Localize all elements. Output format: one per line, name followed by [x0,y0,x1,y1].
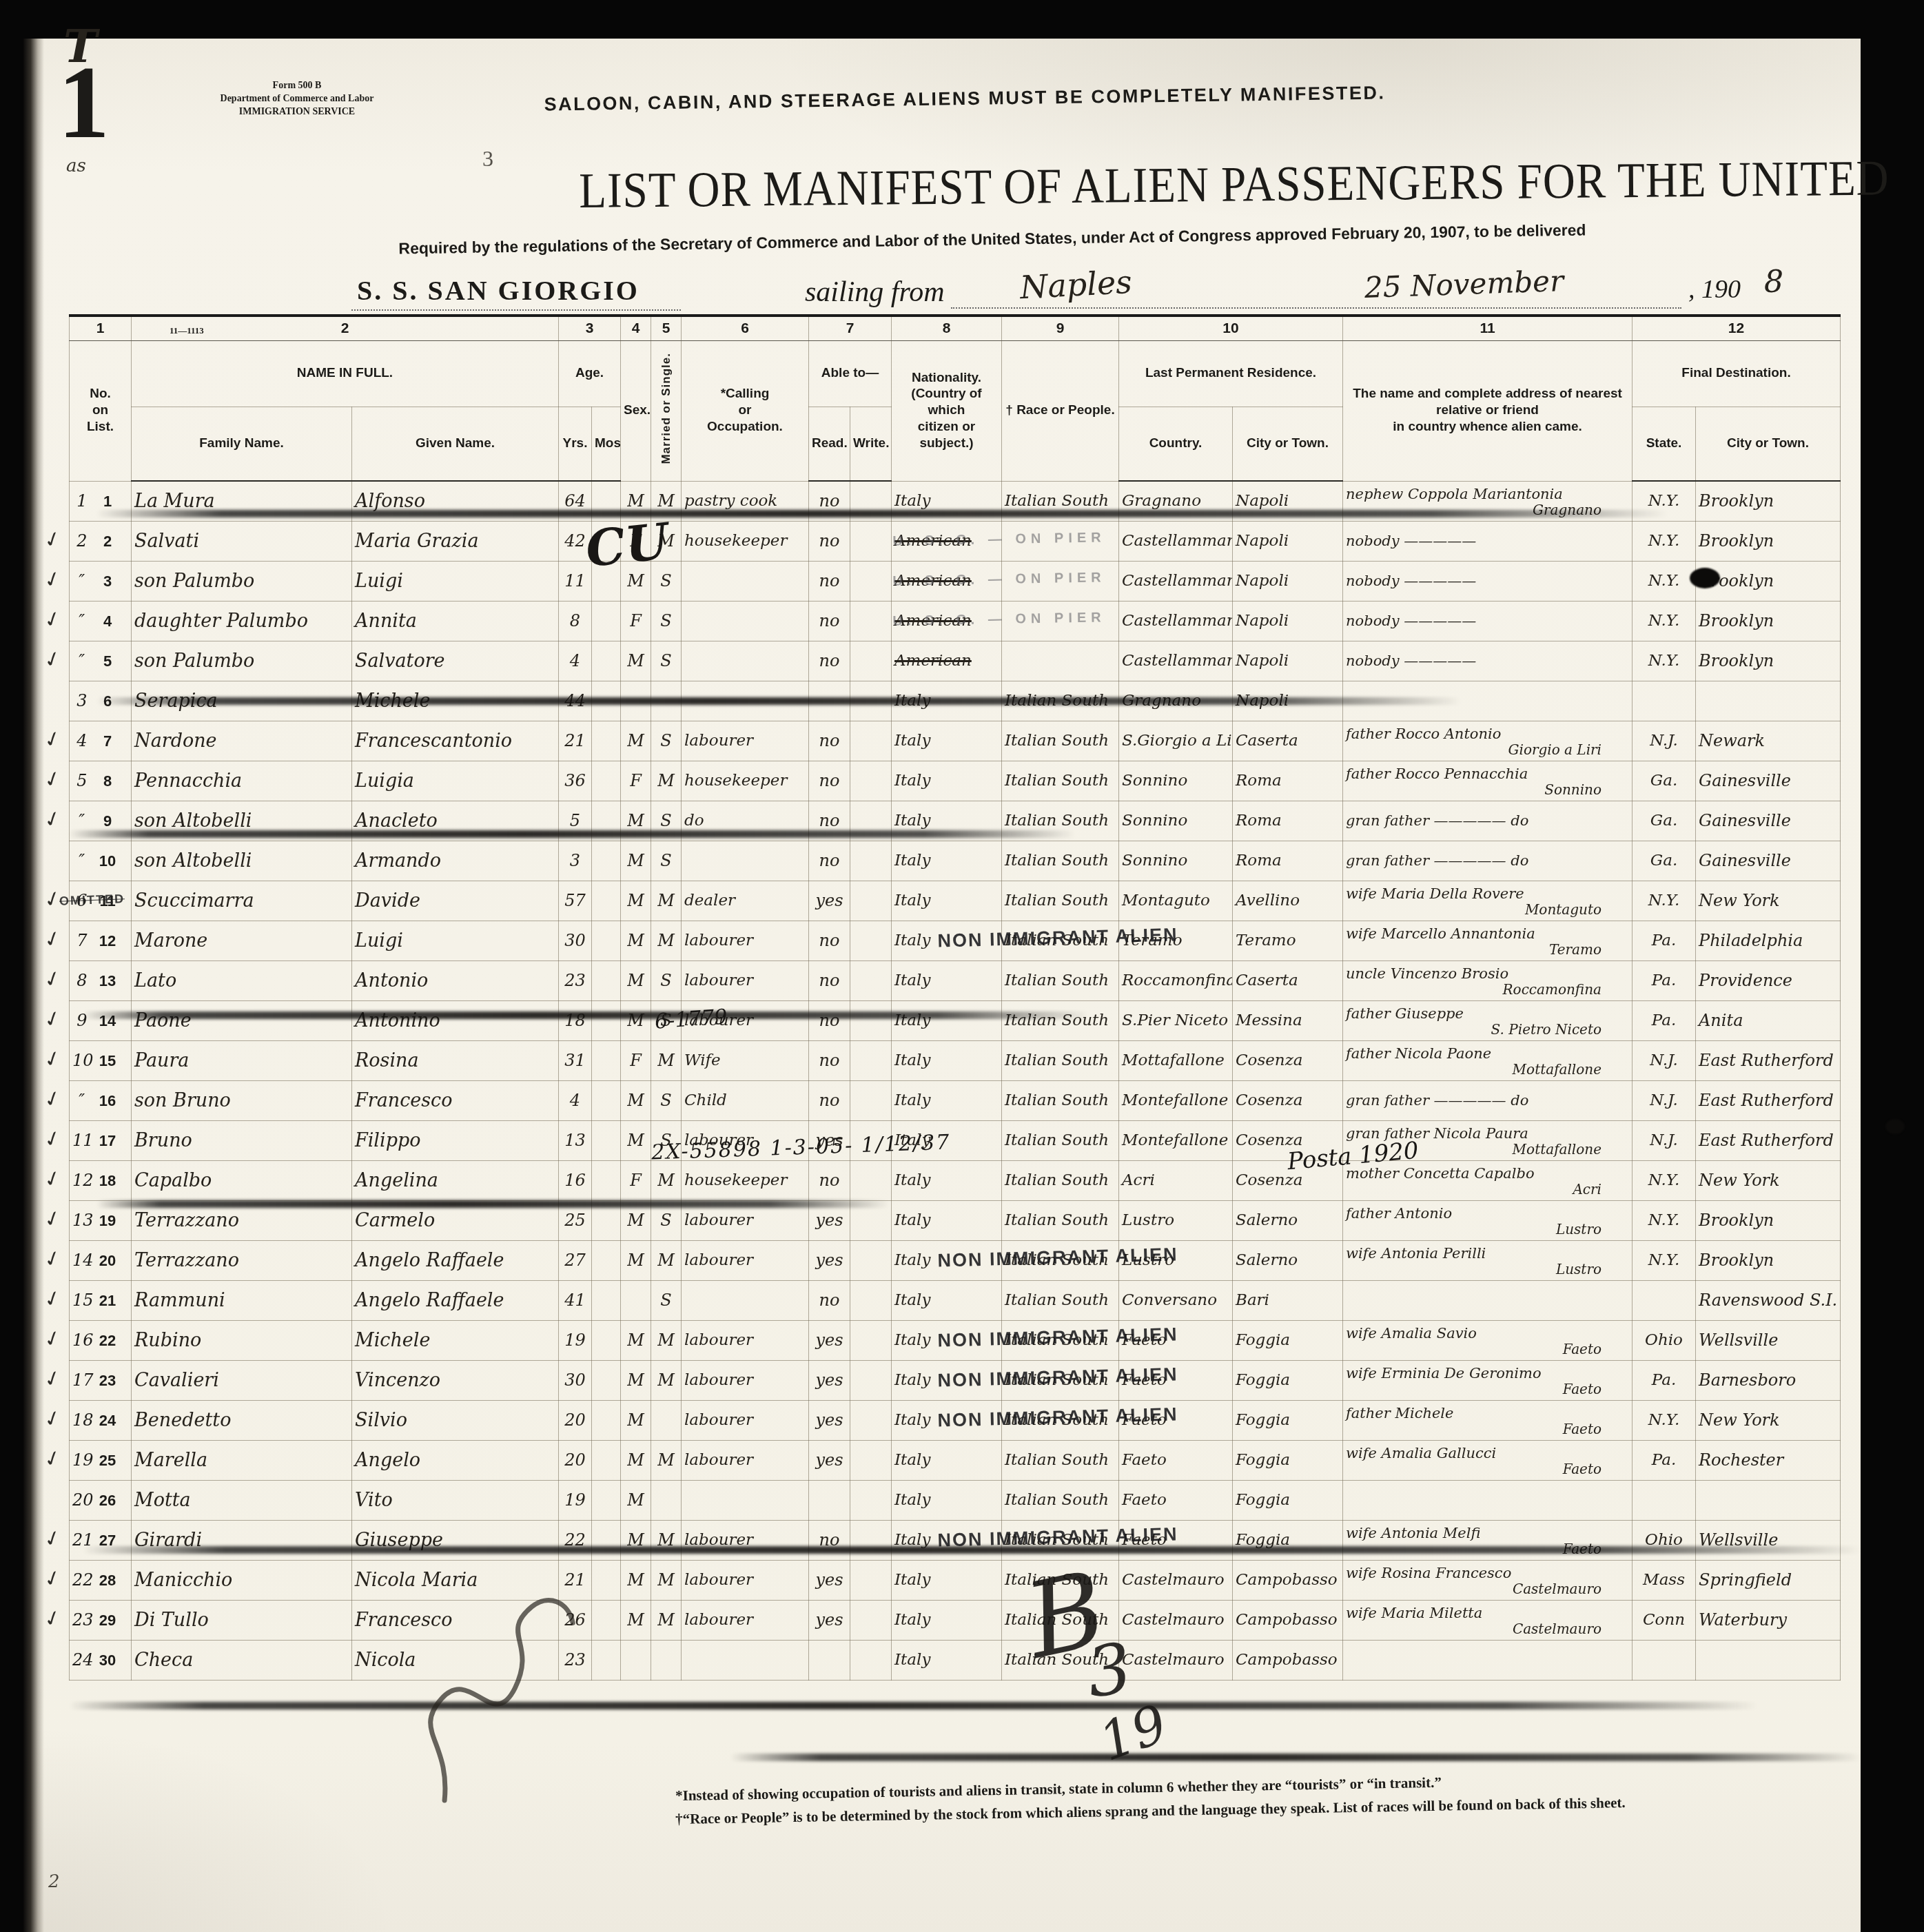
cell-sex: M [621,1000,651,1040]
cell-age-mos [592,761,621,801]
ink-smear [730,1754,1861,1761]
cell-destination-city: East Rutherford [1696,1040,1841,1080]
cell-destination-city: Gainesville [1696,801,1841,841]
cell-relative: nobody ————— [1343,521,1633,561]
cell-nationality: Italy [892,1640,1002,1680]
cell-residence-country: Roccamonfina [1119,960,1233,1000]
group-number: 2 [72,531,92,551]
cell-age-yrs: 19 [559,1480,592,1520]
cell-no-on-list: 1925 [70,1440,132,1480]
cell-residence-city: Foggia [1233,1440,1343,1480]
cell-nationality: Italy [892,1480,1002,1520]
cell-write [850,921,892,960]
cell-age-mos [592,1080,621,1120]
cell-destination-city: Brooklyn [1696,1200,1841,1240]
cell-given-name: Francescantonio [352,721,559,761]
year-printed: , 190 [1688,274,1741,305]
header-last-residence: Last Permanent Residence. [1119,340,1343,407]
year-written: 8 [1764,265,1783,300]
cell-residence-city: Messina [1233,1000,1343,1040]
ink-blot [1690,568,1720,588]
group-number: 16 [72,1330,92,1350]
cell-residence-country: Lustro [1119,1200,1233,1240]
cell-calling [682,561,809,601]
cell-destination-state: Pa. [1633,960,1696,1000]
cell-destination-state [1633,1640,1696,1680]
cell-write [850,1360,892,1400]
cell-sex: M [621,1360,651,1400]
cell-residence-city: Foggia [1233,1480,1343,1520]
list-number: 29 [92,1612,124,1630]
table-row: 1925MarellaAngelo20MMlaboureryesItalyIta… [70,1440,1841,1480]
relative-name: father Nicola Paone [1346,1045,1629,1062]
cell-race: Italian South [1002,1440,1119,1480]
table-row: 1218CapalboAngelina16FMhousekeepernoItal… [70,1160,1841,1200]
cell-no-on-list: 58 [70,761,132,801]
cell-married-or-single: M [651,1160,682,1200]
cell-destination-city: New York [1696,881,1841,921]
cell-calling: housekeeper [682,1160,809,1200]
cell-destination-city: New York [1696,1400,1841,1440]
cell-age-yrs: 3 [559,841,592,881]
form-service: IMMIGRATION SERVICE [204,106,390,119]
cell-residence-city: Cosenza [1233,1040,1343,1080]
cell-nationality: Italy [892,1200,1002,1240]
cell-destination-city: Gainesville [1696,841,1841,881]
cell-relative: father GiuseppeS. Pietro Niceto [1343,1000,1633,1040]
cell-residence-country: Sonnino [1119,801,1233,841]
ink-smear [69,830,1075,838]
list-number: 10 [92,852,124,870]
cell-read: no [809,960,850,1000]
cell-married-or-single: M [651,1040,682,1080]
cell-sex: M [621,1120,651,1160]
cell-no-on-list: ″3 [70,561,132,601]
cell-write [850,1040,892,1080]
cell-calling [682,1640,809,1680]
cell-given-name: Davide [352,881,559,921]
cell-destination-city: Waterbury [1696,1600,1841,1640]
cell-relative: uncle Vincenzo BrosioRoccamonfina [1343,960,1633,1000]
cell-family-name: Rubino [132,1320,352,1360]
header-destination-state: State. [1633,407,1696,481]
cell-married-or-single: S [651,601,682,641]
cell-destination-state [1633,681,1696,721]
cell-calling: labourer [682,1600,809,1640]
cell-no-on-list: 712 [70,921,132,960]
group-number: 10 [72,1051,92,1070]
cell-calling: Child [682,1080,809,1120]
cell-age-yrs: 22 [559,1520,592,1560]
cell-read: yes [809,1320,850,1360]
cell-given-name: Antonino [352,1000,559,1040]
cell-family-name: daughter Palumbo [132,601,352,641]
cell-write [850,1000,892,1040]
cell-given-name: Annita [352,601,559,641]
cell-calling: housekeeper [682,521,809,561]
cell-family-name: Pennacchia [132,761,352,801]
cell-destination-state: N.J. [1633,1080,1696,1120]
cell-given-name: Rosina [352,1040,559,1080]
relative-name: father Michele [1346,1404,1629,1422]
col-num-4: 4 [621,316,651,340]
port-of-sailing: Naples [1019,263,1133,306]
header-no-on-list: No. on List. [70,340,132,481]
header-calling: *Calling or Occupation. [682,340,809,481]
relative-name: father Rocco Pennacchia [1346,765,1629,783]
cell-given-name: Michele [352,1320,559,1360]
group-number: ″ [72,651,92,670]
list-number: 7 [92,732,124,750]
cell-age-yrs: 19 [559,1320,592,1360]
cell-sex: M [621,1480,651,1520]
cell-given-name: Armando [352,841,559,881]
table-row: ″5son PalumboSalvatore4MSnoAmericanCaste… [70,641,1841,681]
cell-race: Italian South [1002,1480,1119,1520]
group-number: 19 [72,1450,92,1470]
cell-destination-city: Anita [1696,1000,1841,1040]
cell-read: no [809,761,850,801]
cell-read: no [809,1040,850,1080]
relative-name: nobody ————— [1346,572,1629,590]
cell-age-yrs: 31 [559,1040,592,1080]
cell-read: yes [809,1560,850,1600]
cell-residence-country: Castelmauro [1119,1640,1233,1680]
page-title: LIST OR MANIFEST OF ALIEN PASSENGERS FOR… [579,151,1779,220]
cell-destination-city: Brooklyn [1696,521,1841,561]
cell-no-on-list: 1117 [70,1120,132,1160]
cell-write [850,1600,892,1640]
table-row: 58PennacchiaLuigia36FMhousekeepernoItaly… [70,761,1841,801]
cell-relative: gran father ————— do [1343,841,1633,881]
cell-destination-state: Ga. [1633,761,1696,801]
cell-nationality: Italy [892,881,1002,921]
cell-destination-state: Conn [1633,1600,1696,1640]
group-number: 1 [72,491,92,511]
table-row: 1117BrunoFilippo13MSlaboureryesItalyItal… [70,1120,1841,1160]
cell-write [850,881,892,921]
relative-place: S. Pietro Niceto [1346,1022,1629,1036]
cell-no-on-list: 813 [70,960,132,1000]
relative-name: nobody ————— [1346,612,1629,630]
cell-read [809,1480,850,1520]
cell-age-mos [592,1120,621,1160]
cell-age-mos [592,601,621,641]
col-num-12: 12 [1633,316,1841,340]
cell-relative: nobody ————— [1343,561,1633,601]
list-number: 9 [92,812,124,830]
cell-nationality: Italy [892,960,1002,1000]
list-number: 2 [92,533,124,551]
group-number: 24 [72,1650,92,1669]
table-row: 2228ManicchioNicola Maria21MMlaboureryes… [70,1560,1841,1600]
cell-destination-state: Ohio [1633,1520,1696,1560]
cell-calling [682,1280,809,1320]
cell-age-yrs: 20 [559,1440,592,1480]
cell-age-mos [592,1560,621,1600]
cell-destination-city [1696,1640,1841,1680]
cell-residence-city: Roma [1233,841,1343,881]
cell-relative: father Rocco AntonioGiorgio a Liri [1343,721,1633,761]
cell-race: Italian South [1002,881,1119,921]
cell-residence-city: Salerno [1233,1240,1343,1280]
cell-married-or-single: S [651,1280,682,1320]
header-nationality: Nationality. (Country of which citizen o… [892,340,1002,481]
cell-residence-city: Avellino [1233,881,1343,921]
list-number: 13 [92,972,124,990]
relative-name: gran father ————— do [1346,812,1629,830]
cell-sex: M [621,1440,651,1480]
inspection-code: 6-1779 [654,1005,728,1034]
cell-residence-city: Foggia [1233,1360,1343,1400]
cell-residence-country: Montefallone [1119,1120,1233,1160]
cell-age-mos [592,1040,621,1080]
cell-relative: nobody ————— [1343,641,1633,681]
cell-married-or-single: M [651,921,682,960]
header-destination-city: City or Town. [1696,407,1841,481]
cell-calling: labourer [682,921,809,960]
relative-place: Faeto [1346,1342,1629,1356]
cell-read: no [809,841,850,881]
header-sex: Sex. [621,340,651,481]
cell-nationality: Italy [892,1000,1002,1040]
cell-age-mos [592,1400,621,1440]
cell-sex: F [621,1040,651,1080]
group-number: 5 [72,771,92,790]
sheet-number-stamp: 1 [58,51,110,154]
cell-sex: F [621,761,651,801]
cell-race: Italian South [1002,1280,1119,1320]
cell-relative: wife Amalia GallucciFaeto [1343,1440,1633,1480]
cell-residence-city: Roma [1233,801,1343,841]
cell-calling: labourer [682,1320,809,1360]
header-yrs: Yrs. [559,407,592,481]
cell-write [850,721,892,761]
ink-smear [69,1702,1757,1709]
corner-page-number: 2 [48,1871,60,1892]
table-row: ″10son AltobelliArmando3MSnoItalyItalian… [70,841,1841,881]
header-given-name: Given Name. [352,407,559,481]
cell-married-or-single: M [651,881,682,921]
cell-relative: gran father ————— do [1343,801,1633,841]
relative-name: father Antonio [1346,1204,1629,1222]
cell-residence-country: S.Giorgio a Liri [1119,721,1233,761]
relative-name: wife Amalia Savio [1346,1324,1629,1342]
cell-married-or-single: S [651,641,682,681]
cell-residence-city: Napoli [1233,521,1343,561]
cell-residence-city: Napoli [1233,601,1343,641]
cell-destination-city: Providence [1696,960,1841,1000]
cell-destination-city [1696,681,1841,721]
cell-destination-state: N.Y. [1633,521,1696,561]
cell-sex: M [621,1080,651,1120]
header-group-row: No. on List. NAME IN FULL. Age. Sex. Mar… [70,340,1841,407]
group-number: 15 [72,1291,92,1310]
cell-given-name: Angelo Raffaele [352,1280,559,1320]
cell-destination-city: Brooklyn [1696,481,1841,521]
cell-calling: dealer [682,881,809,921]
cell-read [809,1640,850,1680]
cell-family-name: Paura [132,1040,352,1080]
cell-given-name: Giuseppe [352,1520,559,1560]
cell-no-on-list: 1824 [70,1400,132,1440]
scanned-manifest-page: T 1 as Form 500 B Department of Commerce… [0,0,1924,1932]
cell-family-name: son Altobelli [132,841,352,881]
cell-residence-city: Foggia [1233,1400,1343,1440]
cell-read: no [809,1080,850,1120]
list-number: 30 [92,1652,124,1669]
ship-name: S. S. SAN GIORGIO [351,274,681,311]
cell-age-yrs: 21 [559,721,592,761]
cell-destination-state: Pa. [1633,1000,1696,1040]
group-number: ″ [72,811,92,830]
relative-name: wife Amalia Gallucci [1346,1444,1629,1462]
cell-given-name: Francesco [352,1080,559,1120]
list-number: 18 [92,1172,124,1190]
table-row: ″16son BrunoFrancesco4MSChildnoItalyItal… [70,1080,1841,1120]
cell-race: Italian South [1002,721,1119,761]
relative-place: Giorgio a Liri [1346,743,1629,757]
stray-page-number: 3 [482,146,493,172]
group-number: 8 [72,971,92,990]
group-number: 23 [72,1610,92,1630]
cell-age-mos [592,1280,621,1320]
cell-no-on-list: 2329 [70,1600,132,1640]
cell-no-on-list: 2430 [70,1640,132,1680]
list-number: 26 [92,1492,124,1510]
cell-write [850,1400,892,1440]
cell-married-or-single: M [651,1360,682,1400]
list-number: 16 [92,1092,124,1110]
cell-race: Italian South [1002,1160,1119,1200]
relative-name: wife Marcello Annantonia [1346,925,1629,943]
cell-read: no [809,1280,850,1320]
header-name-in-full: NAME IN FULL. [132,340,559,407]
cell-married-or-single: M [651,1240,682,1280]
col-num-1: 1 [70,316,132,340]
list-number: 21 [92,1292,124,1310]
cell-family-name: Capalbo [132,1160,352,1200]
cell-write [850,1480,892,1520]
relative-name: gran father ————— do [1346,852,1629,870]
cell-given-name: Angelina [352,1160,559,1200]
cell-destination-city: Gainesville [1696,761,1841,801]
cell-family-name: Girardi [132,1520,352,1560]
cell-residence-city: Caserta [1233,960,1343,1000]
cell-destination-state: N.J. [1633,721,1696,761]
cell-no-on-list: 2026 [70,1480,132,1520]
cell-given-name: Luigia [352,761,559,801]
cu-scribble: CU [583,511,671,578]
list-number: 23 [92,1372,124,1390]
group-number: 14 [72,1251,92,1270]
col-num-11: 11 [1343,316,1633,340]
cell-residence-country: Montaguto [1119,881,1233,921]
group-number: 4 [72,731,92,750]
cell-race: Italian South [1002,1000,1119,1040]
cell-sex: M [621,641,651,681]
ink-smear [96,697,1461,705]
cell-calling: labourer [682,1520,809,1560]
relative-name: nobody ————— [1346,532,1629,550]
manifest-table: 1 2 3 4 5 6 7 8 9 10 11 12 No. on List. … [69,314,1841,1681]
cell-age-mos [592,960,621,1000]
cell-age-yrs: 4 [559,641,592,681]
cell-age-yrs: 18 [559,1000,592,1040]
cell-residence-city: Campobasso [1233,1600,1343,1640]
header-race: † Race or People. [1002,340,1119,481]
table-row: 2430ChecaNicola23ItalyItalian SouthCaste… [70,1640,1841,1680]
col-num-10: 10 [1119,316,1343,340]
cell-write [850,1560,892,1600]
relative-place: Lustro [1346,1222,1629,1236]
cell-race: Italian South [1002,1040,1119,1080]
cell-married-or-single: S [651,841,682,881]
relative-place: Faeto [1346,1382,1629,1396]
cell-sex: M [621,721,651,761]
cell-destination-city: Philadelphia [1696,921,1841,960]
cell-given-name: Filippo [352,1120,559,1160]
header-married-or-single: Married or Single. [651,340,682,481]
cell-sex: M [621,960,651,1000]
cell-residence-country: Conversano [1119,1280,1233,1320]
cell-destination-city [1696,1480,1841,1520]
cell-nationality: Italy [892,1080,1002,1120]
cell-no-on-list: ″5 [70,641,132,681]
cell-married-or-single [651,1400,682,1440]
cell-age-yrs: 23 [559,960,592,1000]
cell-destination-city: Wellsville [1696,1320,1841,1360]
cell-nationality: Italy [892,761,1002,801]
cell-family-name: Terrazzano [132,1240,352,1280]
cell-age-mos [592,881,621,921]
cell-calling: Wife [682,1040,809,1080]
group-number: ″ [72,611,92,630]
cell-destination-state: Ga. [1633,841,1696,881]
list-number: 25 [92,1452,124,1470]
cell-age-mos [592,1480,621,1520]
cell-age-mos [592,721,621,761]
form-number: Form 500 B [204,80,390,93]
table-row: 1521RammuniAngelo Raffaele41SnoItalyItal… [70,1280,1841,1320]
cell-destination-city: Brooklyn [1696,601,1841,641]
relative-name: uncle Vincenzo Brosio [1346,965,1629,983]
cell-age-mos [592,1520,621,1560]
cell-nationality: Italy [892,1040,1002,1080]
relative-place: Castelmauro [1346,1622,1629,1636]
group-number: 20 [72,1490,92,1510]
cell-race: Italian South [1002,761,1119,801]
header-residence-city: City or Town. [1233,407,1343,481]
cell-family-name: Bruno [132,1120,352,1160]
header-able-to: Able to— [809,340,892,407]
cell-relative: wife Antonia PerilliLustro [1343,1240,1633,1280]
cell-no-on-list: 2228 [70,1560,132,1600]
cell-read: no [809,1160,850,1200]
cell-relative: father Nicola PaoneMottafallone [1343,1040,1633,1080]
cell-read: no [809,721,850,761]
cell-residence-country: Sonnino [1119,761,1233,801]
cell-age-yrs: 20 [559,1400,592,1440]
date-ruled-line [951,307,1681,309]
cell-destination-state: Ga. [1633,801,1696,841]
cell-family-name: Motta [132,1480,352,1520]
cell-destination-state: Mass [1633,1560,1696,1600]
cell-nationality: Italy [892,1560,1002,1600]
group-number: 12 [72,1171,92,1190]
relative-place: Sonnino [1346,783,1629,797]
cell-nationality: Italy [892,721,1002,761]
